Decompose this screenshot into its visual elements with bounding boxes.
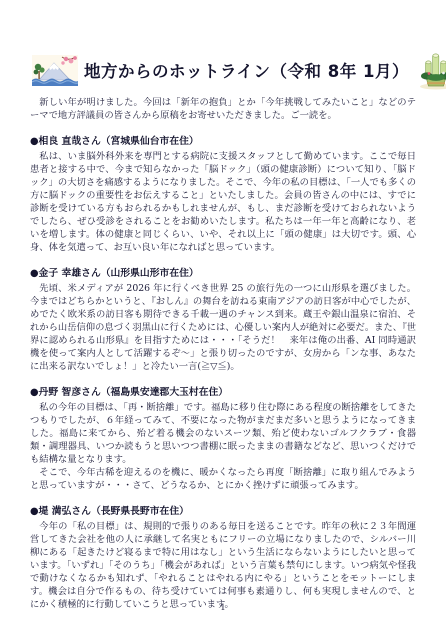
page-title: 地方からのホットライン（令和 8年 1月） bbox=[84, 58, 409, 82]
section-heading-kaneko: ●金子 幸雄さん（山形県山形市在住） bbox=[30, 267, 416, 281]
intro-paragraph: 新しい年が明けました。今回は「新年の抱負」とか「今年挑戦してみたいこと」などのテ… bbox=[30, 96, 416, 122]
section-paragraph: 先頃、米メディアが 2026 年に行くべき世界 25 の旅行先の一つに山形県を選… bbox=[30, 282, 416, 373]
document-header: 地方からのホットライン（令和 8年 1月） bbox=[32, 50, 414, 90]
section-sagara: ●相良 直哉さん（宮城県仙台市在住） 私は、いま脳外科外来を専門とする病院に支援… bbox=[30, 135, 416, 254]
section-paragraph: 私の今年の目標は、「再・断捨離」です。福島に移り住む際にある程度の断捨離をしてき… bbox=[30, 401, 416, 466]
document-page: 地方からのホットライン（令和 8年 1月） 新しい年が明けました。今回は「新年の… bbox=[0, 0, 446, 633]
section-tanno: ●丹野 智彦さん（福島県安達郡大玉村在住） 私の今年の目標は、「再・断捨離」です… bbox=[30, 386, 416, 492]
kadomatsu-icon bbox=[415, 50, 446, 90]
section-heading-tsutsumi: ●堤 満弘さん（長野県長野市在住） bbox=[30, 505, 416, 519]
section-kaneko: ●金子 幸雄さん（山形県山形市在住） 先頃、米メディアが 2026 年に行くべき… bbox=[30, 267, 416, 373]
section-heading-tanno: ●丹野 智彦さん（福島県安達郡大玉村在住） bbox=[30, 386, 416, 400]
section-heading-sagara: ●相良 直哉さん（宮城県仙台市在住） bbox=[30, 135, 416, 149]
page-footer: 1 bbox=[0, 603, 446, 613]
section-paragraph: そこで、今年古稀を迎えるのを機に、暖かくなったら再度「断捨離」に取り組んでみよう… bbox=[30, 466, 416, 492]
section-paragraph: 私は、いま脳外科外来を専門とする病院に支援スタッフとして勤めています。ここで毎日… bbox=[30, 150, 416, 254]
page-number: 1 bbox=[220, 603, 225, 613]
mt-fuji-new-year-icon bbox=[32, 55, 78, 86]
section-tsutsumi: ●堤 満弘さん（長野県長野市在住） 今年の「私の目標」は、規則的で張りのある毎日… bbox=[30, 505, 416, 611]
section-paragraph: 今年の「私の目標」は、規則的で張りのある毎日を送ることです。昨年の秋に２３年間運… bbox=[30, 520, 416, 611]
